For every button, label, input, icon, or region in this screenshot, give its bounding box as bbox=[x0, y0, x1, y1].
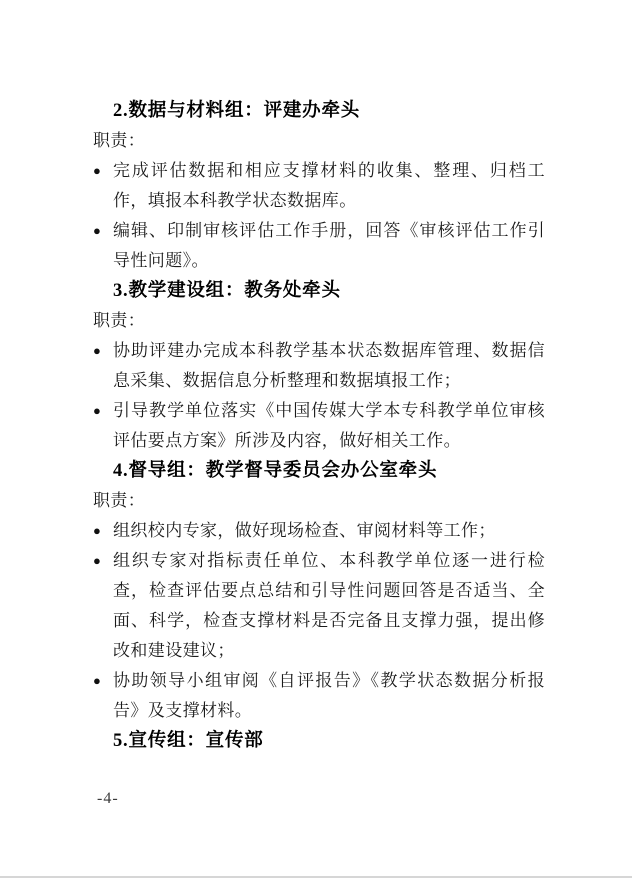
bullet-icon: ● bbox=[93, 216, 113, 246]
section-heading-supervision: 4.督导组：教学督导委员会办公室牵头 bbox=[113, 456, 545, 486]
bullet-item: ● 协助领导小组审阅《自评报告》《教学状态数据分析报告》及支撑材料。 bbox=[93, 666, 545, 726]
duty-label: 职责： bbox=[93, 126, 545, 156]
bullet-item: ● 完成评估数据和相应支撑材料的收集、整理、归档工作，填报本科教学状态数据库。 bbox=[93, 156, 545, 216]
section-heading-teaching-construction: 3.教学建设组：教务处牵头 bbox=[113, 276, 545, 306]
bullet-icon: ● bbox=[93, 396, 113, 426]
bullet-text: 组织校内专家，做好现场检查、审阅材料等工作； bbox=[113, 516, 545, 546]
page-number: -4- bbox=[97, 789, 119, 809]
section-heading-publicity: 5.宣传组：宣传部 bbox=[113, 726, 545, 756]
bullet-icon: ● bbox=[93, 156, 113, 186]
bullet-text: 协助领导小组审阅《自评报告》《教学状态数据分析报告》及支撑材料。 bbox=[113, 666, 545, 726]
duty-label: 职责： bbox=[93, 306, 545, 336]
bullet-text: 组织专家对指标责任单位、本科教学单位逐一进行检查，检查评估要点总结和引导性问题回… bbox=[113, 546, 545, 666]
bullet-text: 完成评估数据和相应支撑材料的收集、整理、归档工作，填报本科教学状态数据库。 bbox=[113, 156, 545, 216]
bullet-icon: ● bbox=[93, 546, 113, 576]
bullet-icon: ● bbox=[93, 516, 113, 546]
bullet-item: ● 组织校内专家，做好现场检查、审阅材料等工作； bbox=[93, 516, 545, 546]
bullet-text: 协助评建办完成本科教学基本状态数据库管理、数据信息采集、数据信息分析整理和数据填… bbox=[113, 336, 545, 396]
bullet-text: 引导教学单位落实《中国传媒大学本专科教学单位审核评估要点方案》所涉及内容，做好相… bbox=[113, 396, 545, 456]
bullet-icon: ● bbox=[93, 336, 113, 366]
bullet-icon: ● bbox=[93, 666, 113, 696]
bullet-item: ● 引导教学单位落实《中国传媒大学本专科教学单位审核评估要点方案》所涉及内容，做… bbox=[93, 396, 545, 456]
document-page: 2.数据与材料组：评建办牵头 职责： ● 完成评估数据和相应支撑材料的收集、整理… bbox=[0, 0, 632, 878]
bullet-item: ● 协助评建办完成本科教学基本状态数据库管理、数据信息采集、数据信息分析整理和数… bbox=[93, 336, 545, 396]
bullet-item: ● 组织专家对指标责任单位、本科教学单位逐一进行检查，检查评估要点总结和引导性问… bbox=[93, 546, 545, 666]
bullet-text: 编辑、印制审核评估工作手册，回答《审核评估工作引导性问题》。 bbox=[113, 216, 545, 276]
bullet-item: ● 编辑、印制审核评估工作手册，回答《审核评估工作引导性问题》。 bbox=[93, 216, 545, 276]
document-content: 2.数据与材料组：评建办牵头 职责： ● 完成评估数据和相应支撑材料的收集、整理… bbox=[93, 96, 545, 756]
duty-label: 职责： bbox=[93, 486, 545, 516]
section-heading-data-materials: 2.数据与材料组：评建办牵头 bbox=[113, 96, 545, 126]
